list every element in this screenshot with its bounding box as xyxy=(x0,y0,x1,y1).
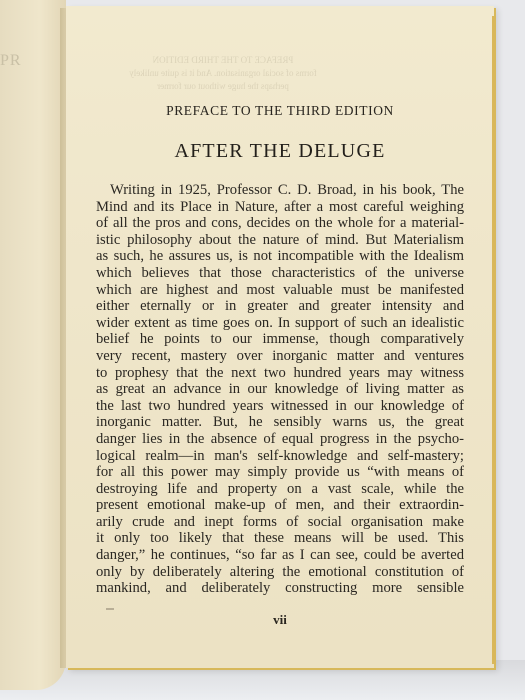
paper-mark xyxy=(106,608,114,610)
text-line: destroying life and property on a vast s… xyxy=(96,481,464,498)
text-line: the last two hundred years witnessed in … xyxy=(96,398,464,415)
bleed-line: perhaps the huge without our former xyxy=(88,80,358,93)
text-line: to prophesy that the next two hundred ye… xyxy=(96,365,464,382)
text-line: wider extent as time goes on. In support… xyxy=(96,315,464,332)
text-line: Mind and its Place in Nature, after a mo… xyxy=(96,199,464,216)
text-line: of all the pros and cons, decides on the… xyxy=(96,215,464,232)
bleed-line: forms of social organisation. And it is … xyxy=(88,67,358,80)
text-line: danger,” he continues, “so far as I can … xyxy=(96,547,464,564)
bleed-through-text: PREFACE TO THE THIRD EDITION forms of so… xyxy=(88,54,358,94)
left-page-text-fragment: PR xyxy=(0,52,22,70)
text-line: as such, he assures us, is not incompati… xyxy=(96,248,464,265)
text-line: as great an advance in our knowledge of … xyxy=(96,381,464,398)
text-line: which believes that those characteristic… xyxy=(96,265,464,282)
text-line: mankind, and deliberately constructing m… xyxy=(96,580,464,597)
running-title: PREFACE TO THE THIRD EDITION xyxy=(66,103,494,119)
text-line: arily crude and inept forms of social or… xyxy=(96,514,464,531)
page-number: vii xyxy=(66,612,494,628)
text-line: very recent, mastery over inorganic matt… xyxy=(96,348,464,365)
text-line: inorganic matter. But, he sensibly warns… xyxy=(96,414,464,431)
text-line: belief he points to our immense, though … xyxy=(96,331,464,348)
body-text: Writing in 1925, Professor C. D. Broad, … xyxy=(96,182,464,597)
text-line: Writing in 1925, Professor C. D. Broad, … xyxy=(96,182,464,199)
text-line: which are highest and most valuable must… xyxy=(96,282,464,299)
text-line: present emotional make-up of men, and th… xyxy=(96,497,464,514)
chapter-title: AFTER THE DELUGE xyxy=(66,140,494,163)
text-line: it only too likely that these means will… xyxy=(96,530,464,547)
text-line: either eternally or in greater and great… xyxy=(96,298,464,315)
text-line: logical realm—in man's self-knowledge an… xyxy=(96,448,464,465)
text-line: danger lies in the absence of equal prog… xyxy=(96,431,464,448)
text-line: for all this power may simply provide us… xyxy=(96,464,464,481)
text-line: only by deliberately altering the emotio… xyxy=(96,564,464,581)
bleed-line: PREFACE TO THE THIRD EDITION xyxy=(88,54,358,67)
left-page: PR xyxy=(0,0,66,690)
text-line: istic philosophy about the nature of min… xyxy=(96,232,464,249)
